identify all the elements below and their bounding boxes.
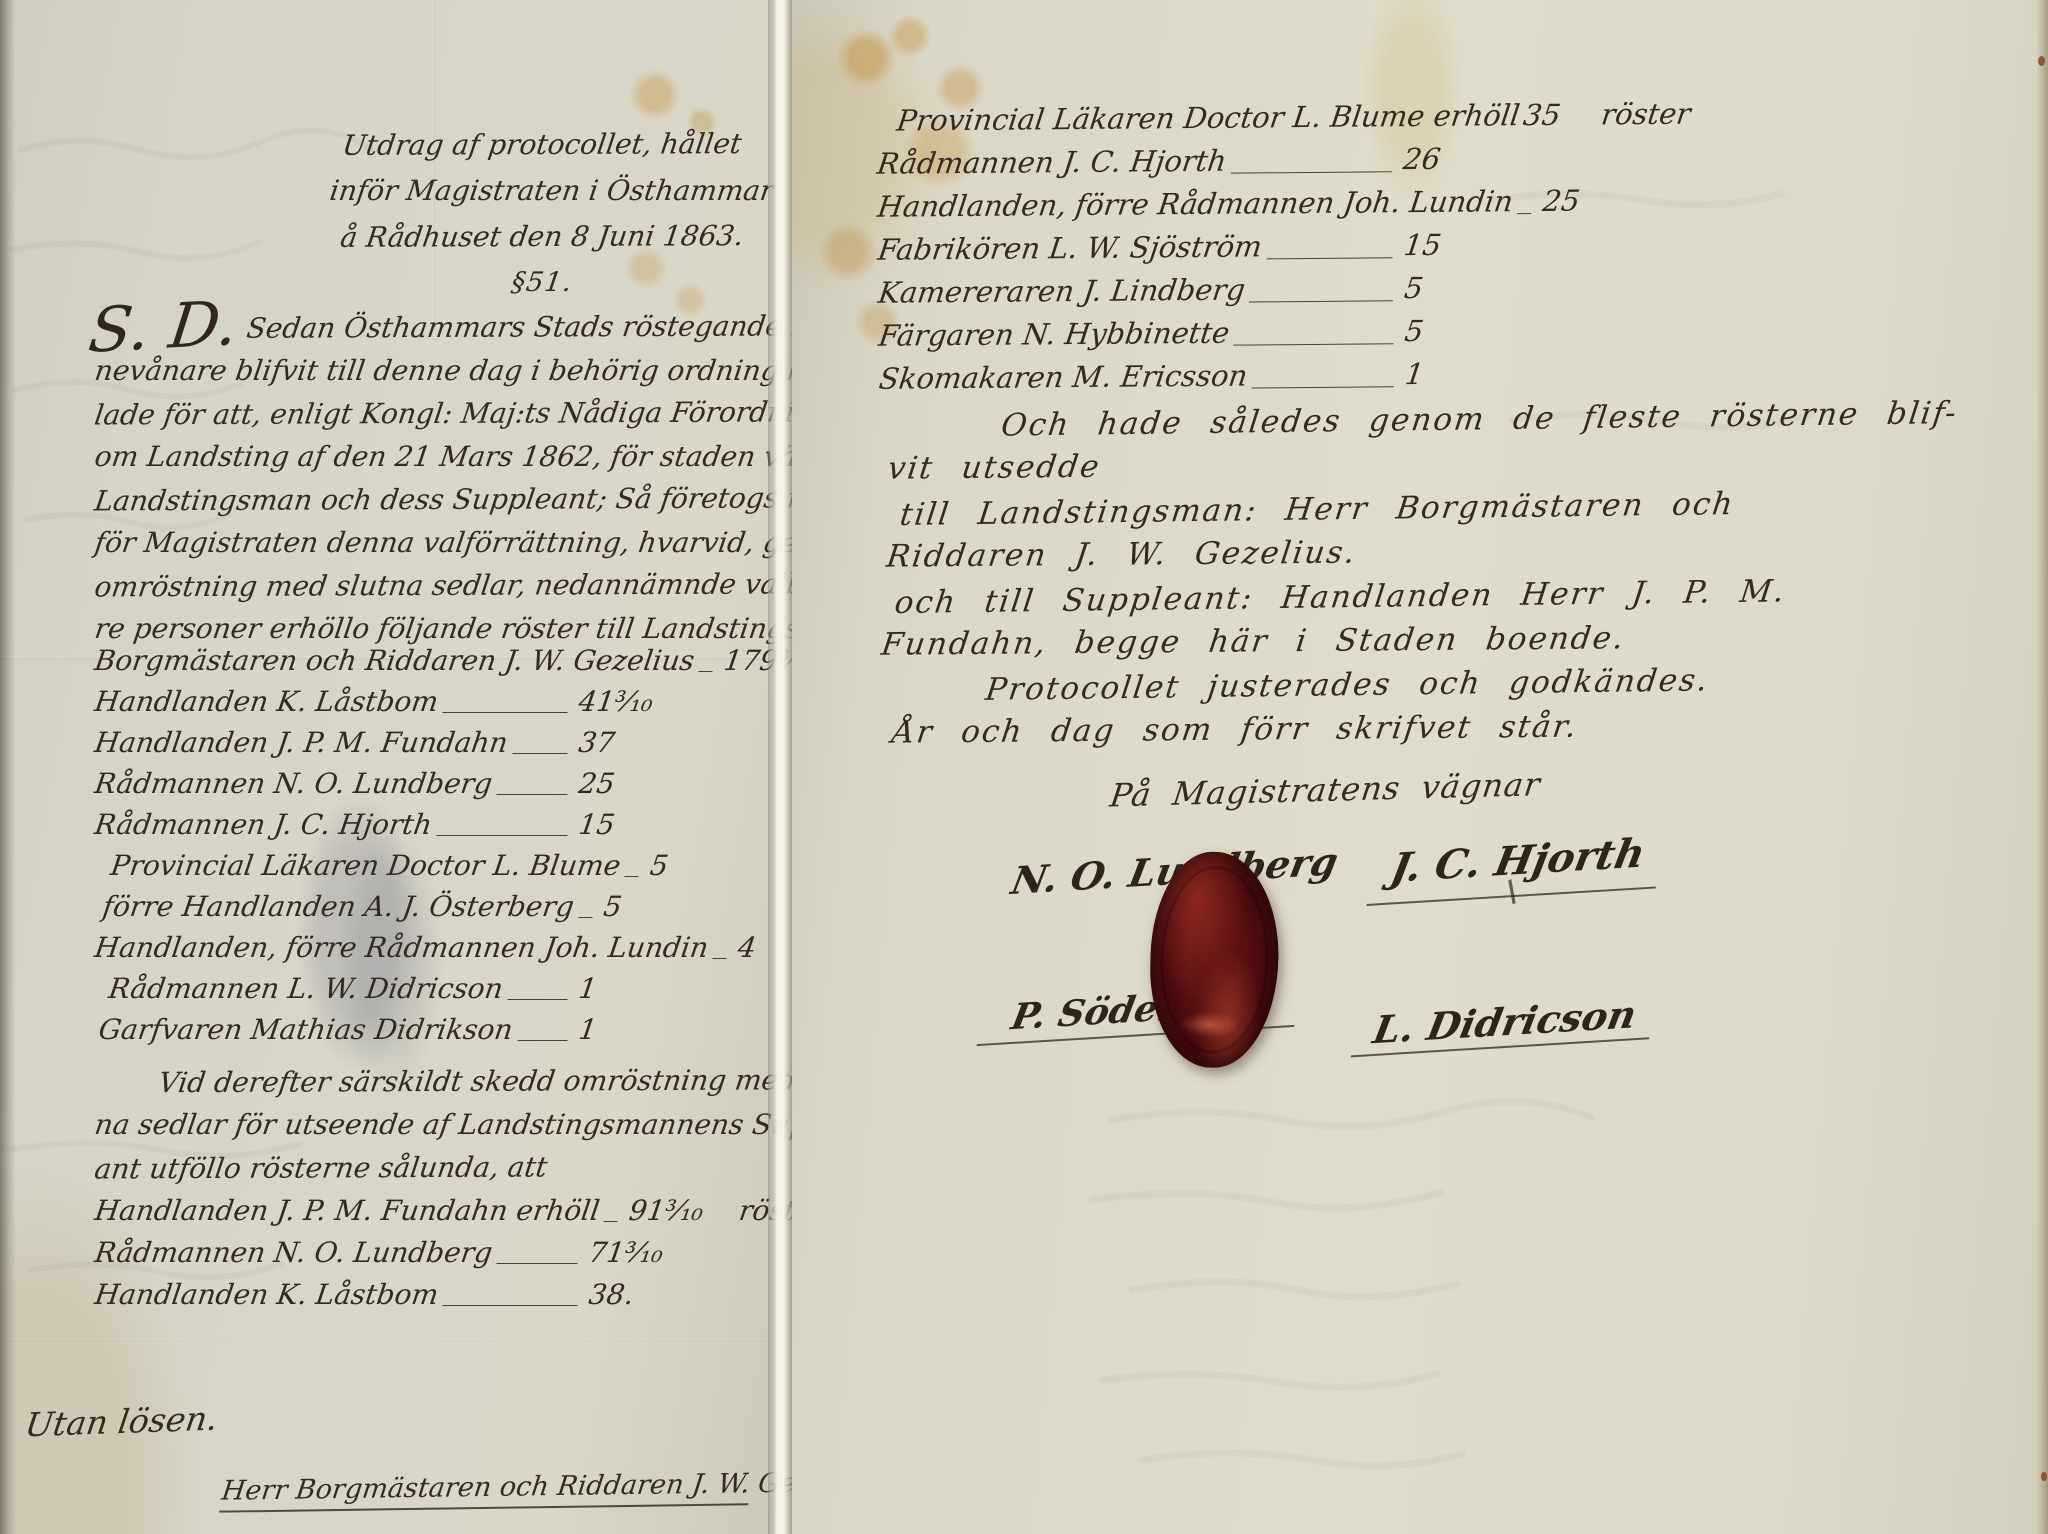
margin-note: Utan lösen. [23,1399,221,1445]
vote-unit [682,1009,688,1050]
tally-rule-line [443,681,572,713]
vote-candidate-name: förre Handlanden A. J. Österberg [100,886,577,927]
vote-unit [696,1232,702,1274]
footer-caption: Herr Borgmästaren och Riddaren J. W. Gez… [219,1468,753,1512]
body-line: ant utföllo rösterne sålunda, att [92,1145,770,1191]
election-result-paragraph: Och hade således genom de fleste röstern… [879,393,2022,755]
vote-unit [707,886,713,927]
edge-mark [2038,56,2045,66]
vote-unit [1479,223,1485,266]
left-page: Utdrag af protocollet, hålletinför Magis… [0,0,772,1534]
vote-unit [682,681,688,722]
vote-row: Rådmannen J. C. Hjorth 26 [875,137,1485,185]
vote-count: 25 [1536,179,1614,223]
body-line: för Magistraten denna valförrättning, hv… [92,521,770,564]
vote-list-suppleant-continued: Provincial Läkaren Doctor L. Blume erhöl… [877,94,1484,400]
vote-count: 71³⁄₁₀ [582,1232,692,1274]
vote-unit [1480,309,1486,352]
vote-row: Provincial Läkaren Doctor L. Blume 5 [92,845,688,886]
tally-rule-line [1234,310,1398,345]
header-line: inför Magistraten i Östhammar [327,168,757,214]
vote-row: Handlanden K. Låstbom 41³⁄₁₀ [92,681,688,722]
vote-candidate-name: Handlanden K. Låstbom [92,681,441,722]
vote-candidate-name: Handlanden J. P. M. Fundahn erhöll [92,1190,602,1232]
vote-list-landstingsman: Borgmästaren och Riddaren J. W. Gezelius… [95,640,685,1050]
vote-candidate-name: Rådmannen L. W. Didricson [106,968,506,1009]
body-line: omröstning med slutna sedlar, nedannämnd… [92,563,770,609]
vote-unit [682,804,688,845]
body-line: lade för att, enligt Kongl: Maj:ts Nådig… [92,391,770,437]
signature-didricson: L. Didricson [1351,990,1659,1057]
vote-unit [1618,179,1624,222]
tally-rule-line [436,804,572,836]
vote-candidate-name: Rådmannen N. O. Lundberg [92,1232,495,1274]
vote-count: 41³⁄₁₀ [572,681,678,722]
vote-candidate-name: Handlanden, förre Rådmannen Joh. Lundin [875,180,1516,229]
vote-candidate-name: Handlanden K. Låstbom [92,1274,441,1316]
vote-candidate-name: Fabrikören L. W. Sjöström [875,225,1264,271]
vote-candidate-name: Provincial Läkaren Doctor L. Blume erhöl… [894,94,1522,142]
vote-row: Provincial Läkaren Doctor L. Blume erhöl… [874,94,1484,142]
right-page-edge [2036,0,2048,1534]
tally-rule-line [1266,224,1397,259]
vote-row: förre Handlanden A. J. Österberg 5 [92,886,688,927]
vote-candidate-name: Handlanden, förre Rådmannen Joh. Lundin [92,927,711,968]
vote-count: 38. [582,1274,692,1316]
vote-unit [1480,266,1486,309]
tally-rule-line [625,845,643,877]
body-line: Sedan Östhammars Stads röstegande in- [92,305,770,351]
vote-row: Handlanden J. P. M. Fundahn erhöll 91³⁄₁… [92,1190,702,1232]
vote-count: 5 [1398,310,1476,354]
body-line: na sedlar för utseende af Landstingsmann… [92,1103,770,1146]
vote-count: 5 [643,845,749,886]
protocol-header: Utdrag af protocollet, hålletinför Magis… [330,122,754,306]
body-line: nevånare blifvit till denne dag i behöri… [92,349,770,392]
vote-candidate-name: Rådmannen J. C. Hjorth [875,140,1230,186]
vote-candidate-name: Provincial Läkaren Doctor L. Blume [108,845,623,886]
page-gap [768,0,794,1534]
vote-candidate-name: Skomakaren M. Ericsson [876,354,1250,400]
vote-row: Skomakaren M. Ericsson 1 [876,352,1486,400]
right-page-content: Provincial Läkaren Doctor L. Blume erhöl… [792,0,2048,1534]
vote-row: Rådmannen N. O. Lundberg 25 [92,763,688,804]
vote-count: 25 [572,763,678,804]
vote-candidate-name: Rådmannen J. C. Hjorth [92,804,435,845]
vote-count: 91³⁄₁₀ [622,1190,732,1232]
tally-rule-line [1249,267,1397,302]
tally-rule-line [604,1190,622,1222]
vote-count: 35 [1517,93,1595,137]
vote-unit [753,845,759,886]
vote-candidate-name: Garfvaren Mathias Didrikson [96,1009,515,1050]
vote-count: 5 [1398,267,1476,311]
vote-unit [682,763,688,804]
tally-rule-line [1231,138,1397,173]
vote-count: 1 [1398,353,1476,397]
tally-rule-line [512,722,572,754]
tally-rule-line [517,1009,572,1041]
vote-row: Rådmannen L. W. Didricson 1 [92,968,688,1009]
vote-unit [682,722,688,763]
vote-count: 26 [1397,138,1475,182]
edge-mark [2041,1472,2047,1481]
vote-count: 15 [1397,224,1475,268]
vote-row: Fabrikören L. W. Sjöström 15 [875,223,1485,271]
tally-rule-line [507,968,572,1000]
vote-row: Rådmannen J. C. Hjorth 15 [92,804,688,845]
vote-row: Handlanden, förre Rådmannen Joh. Lundin … [875,180,1485,228]
vote-unit: röster [1599,93,1694,137]
vote-row: Borgmästaren och Riddaren J. W. Gezelius… [92,640,688,681]
vote-row: Kamereraren J. Lindberg 5 [876,266,1486,314]
suppleant-intro-paragraph: Vid derefter särskildt skedd omröstning … [95,1060,767,1189]
body-line: om Landsting af den 21 Mars 1862, för st… [92,435,770,478]
manuscript-scan: Utdrag af protocollet, hålletinför Magis… [0,0,2048,1534]
header-line: å Rådhuset den 8 Juni 1863. [327,213,758,261]
vote-candidate-name: Färgaren N. Hybbinette [876,312,1232,358]
signature-caption: På Magistratens vägnar [1108,765,1543,814]
vote-count: 1 [572,968,678,1009]
vote-count: 15 [572,804,678,845]
vote-candidate-name: Borgmästaren och Riddaren J. W. Gezelius [92,640,697,681]
tally-rule-line [497,763,572,795]
header-line: Utdrag af protocollet, hållet [327,121,758,169]
tally-rule-line [497,1232,582,1264]
vote-count: 1 [572,1009,678,1050]
vote-row: Garfvaren Mathias Didrikson 1 [92,1009,688,1050]
vote-candidate-name: Kamereraren J. Lindberg [876,269,1248,315]
tally-rule-line [713,927,731,959]
result-line: År och dag som förr skrifvet står. [879,701,2025,755]
vote-unit [1480,352,1486,395]
vote-list-suppleant: Handlanden J. P. M. Fundahn erhöll 91³⁄₁… [95,1190,699,1316]
tally-rule-line [1517,180,1535,214]
tally-rule-line [443,1274,582,1306]
vote-unit [696,1274,702,1316]
vote-count: 37 [572,722,678,763]
vote-unit [1479,137,1485,180]
body-paragraph: Sedan Östhammars Stads röstegande in-nev… [95,306,767,650]
right-page: Provincial Läkaren Doctor L. Blume erhöl… [792,0,2048,1534]
body-line: Vid derefter särskildt skedd omröstning … [92,1059,770,1105]
vote-candidate-name: Rådmannen N. O. Lundberg [92,763,495,804]
tally-rule-line [699,640,717,672]
tally-rule-line [578,886,596,918]
signature-hjorth: J. C. Hjorth [1366,828,1667,906]
vote-row: Rådmannen N. O. Lundberg 71³⁄₁₀ [92,1232,702,1274]
vote-unit [682,968,688,1009]
vote-row: Handlanden J. P. M. Fundahn 37 [92,722,688,763]
tally-rule-line [1252,353,1398,388]
left-binding-edge [0,0,16,1534]
fold-crease [0,1338,772,1341]
body-line: Landstingsman och dess Suppleant; Så för… [92,477,770,523]
vote-row: Färgaren N. Hybbinette 5 [876,309,1486,357]
vote-count: 5 [597,886,703,927]
vote-candidate-name: Handlanden J. P. M. Fundahn [92,722,510,763]
vote-row: Handlanden K. Låstbom 38. [92,1274,702,1316]
vote-row: Handlanden, förre Rådmannen Joh. Lundin … [92,927,688,968]
header-line: §51. [327,260,757,306]
